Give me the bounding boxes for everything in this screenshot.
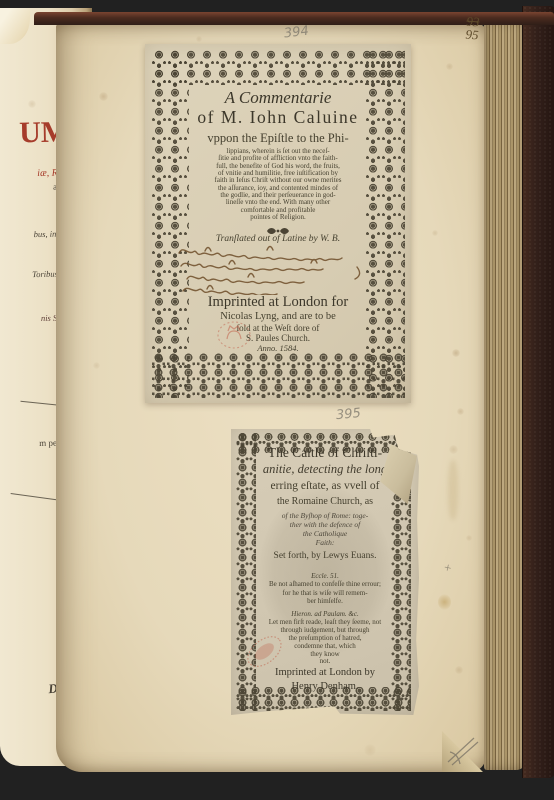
imprint-date: Anno. 1584. (257, 343, 298, 353)
stain (99, 92, 108, 101)
pencil-number-leaf2: 395 (335, 406, 361, 423)
stain (455, 666, 463, 674)
book-fore-edge (484, 20, 526, 770)
leather-binding (522, 6, 554, 778)
handwriting-inscription (171, 243, 386, 295)
stain (466, 535, 472, 541)
stain-drip (438, 594, 451, 610)
library-stamp-icon (214, 318, 254, 357)
pencil-scribble (442, 730, 488, 772)
stain (364, 744, 376, 756)
quote-line: ber himſelfe. (231, 597, 419, 605)
foliation-current: 95 (465, 28, 479, 42)
stain (28, 100, 36, 108)
quote-ecclesiasticus: Eccle. 51. Be not aſhamed to confeſſe th… (231, 572, 419, 606)
quote-line: for he that is wiſe will remem- (231, 589, 419, 597)
stain (452, 349, 460, 357)
imprint-line: Imprinted at London by (275, 667, 375, 678)
leather-grain (523, 6, 554, 778)
stain-smudge (448, 460, 458, 520)
paragraph-line: pointes of Religion. (145, 214, 411, 221)
subtitle-line: of the Byſhop of Rome: toge- (231, 511, 419, 520)
stain (93, 362, 100, 369)
imprint-line: Imprinted at London for (208, 294, 349, 311)
title-line: A Commentarie (225, 88, 332, 108)
stain (457, 408, 464, 415)
subtitle-line: ther with the defence of (231, 520, 419, 529)
ornament-border-right (365, 49, 405, 398)
ornament-border-left (151, 49, 189, 398)
title-line: of M. Iohn Caluine (197, 107, 358, 128)
subtitle-line: the Catholique (231, 529, 419, 538)
title-line: the Romaine Church, as (277, 496, 373, 507)
imprint-line: Henry Denham. (291, 681, 358, 692)
subtitle-block: of the Byſhop of Rome: toge- ther with t… (231, 511, 419, 547)
title-line: anitie, detecting the long (263, 462, 387, 477)
stain (196, 36, 202, 42)
title-line: vppon the Epiſtle to the Phi- (207, 131, 348, 146)
stain (432, 230, 438, 236)
imprint-line: S. Paules Church. (246, 333, 310, 343)
subtitle-line: Faith: (231, 538, 419, 547)
stain (446, 63, 453, 70)
byline: Set forth, by Lewys Euans. (274, 551, 377, 561)
stain (449, 445, 458, 454)
title-line: The Caſtle of Chriſti- (268, 445, 382, 461)
title-line: erring eſtate, as vvell of (271, 480, 380, 492)
dog-eared-corner (442, 730, 488, 772)
photographed-book-page: UM, iæ, Regni, a Anti- bus, in altera To… (0, 0, 554, 800)
quote-reference: Eccle. 51. (231, 572, 419, 580)
title-paragraph: lippians, wherein is ſet out the neceſ- … (145, 148, 411, 221)
pencil-number-leaf1: 394 (283, 24, 309, 42)
quote-line: Be not aſhamed to confeſſe thine errour; (231, 580, 419, 588)
title-page-calvin-commentary: A Commentarie of M. Iohn Caluine vppon t… (145, 44, 411, 403)
foliation-numbers: 93 95 (465, 15, 480, 42)
